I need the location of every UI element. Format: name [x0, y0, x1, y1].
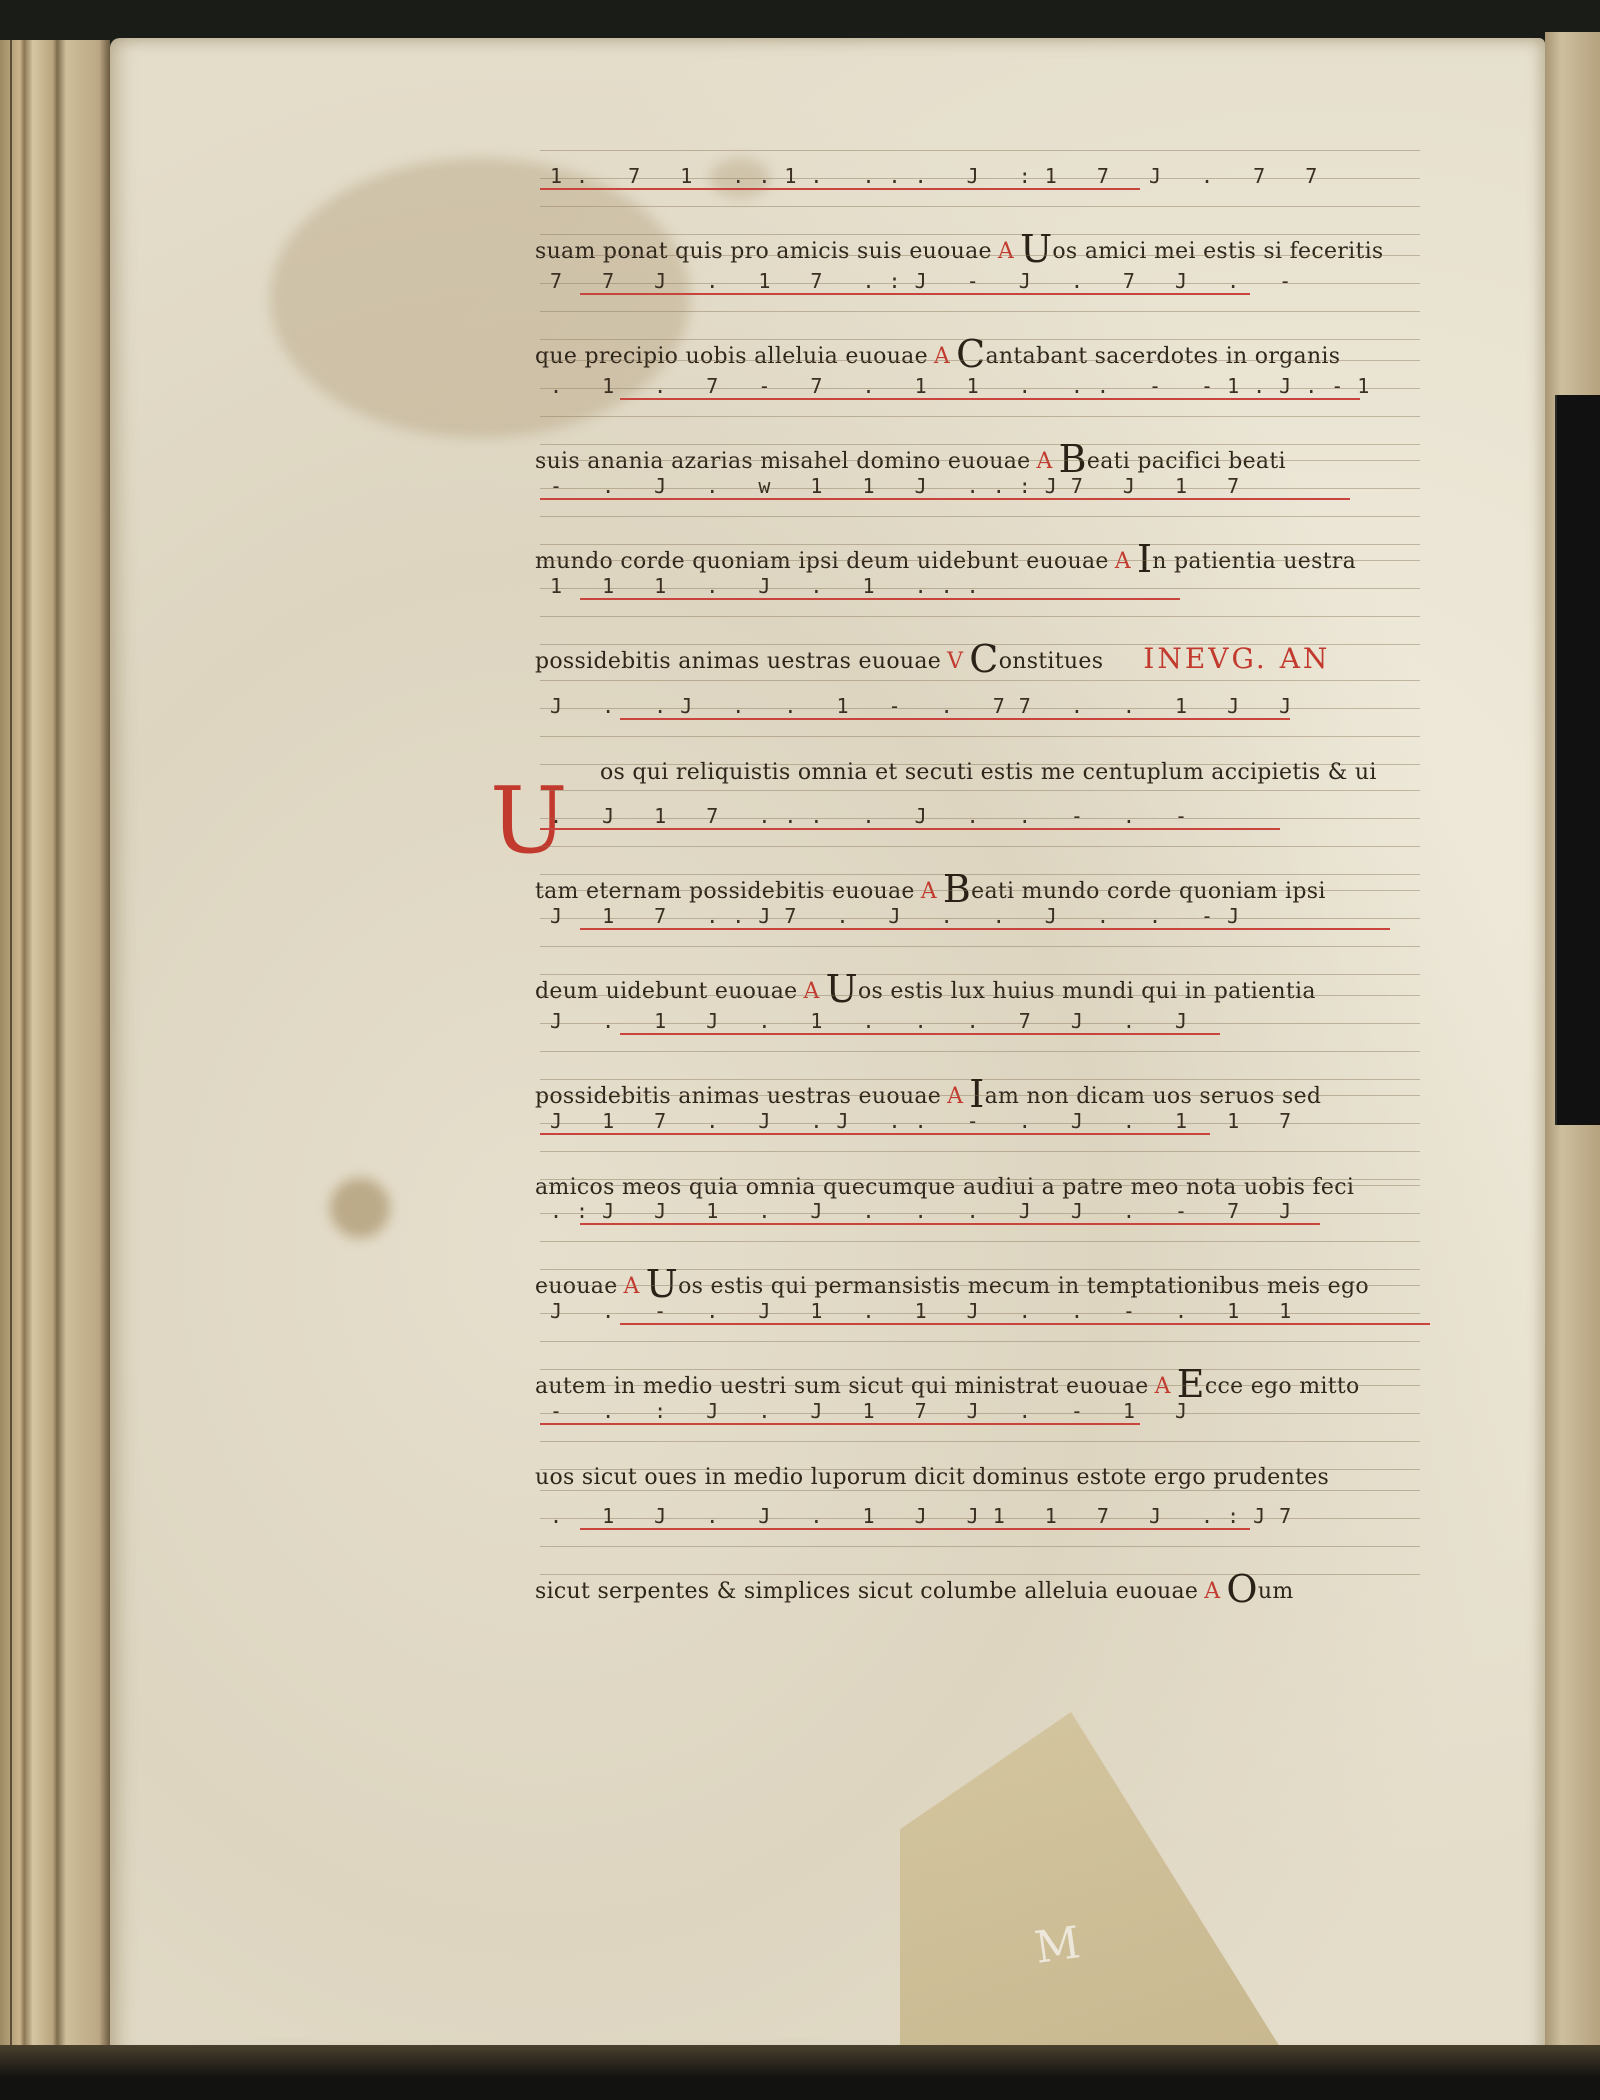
- ruling-line: [540, 995, 1420, 996]
- rubric-mark: V: [947, 649, 963, 674]
- ruling-line: [540, 1490, 1420, 1491]
- scan-background: [0, 0, 1600, 40]
- neumes: - . : J . J 1 7 J . - 1 J: [550, 1399, 1410, 1459]
- ruling-line: [540, 460, 1420, 461]
- neumes: 1. 7 1 ..1. ... J :1 7 J . 7 7: [550, 164, 1410, 224]
- lyric-text: uos sicut oues in medio luporum dicit do…: [535, 1465, 1329, 1490]
- patch-mark: M: [1032, 1917, 1084, 1974]
- binding-edge: [10, 40, 12, 2060]
- ruling-line: [540, 150, 1420, 151]
- stain: [330, 1178, 390, 1238]
- lyric-text: onstitues: [999, 649, 1104, 674]
- neumes: 7 7 J . 1 7 .:J - J . 7 J . -: [550, 269, 1410, 329]
- ruling-line: [540, 1185, 1420, 1186]
- neumes: 1 1 1 . J . 1 ...: [550, 574, 1410, 634]
- chant-text-line: os qui reliquistis omnia et secuti estis…: [600, 760, 1500, 785]
- neumes: J 1 7 . J .J .. - . J . 1 1 7: [550, 1109, 1410, 1169]
- neumes: J . 1 J . 1 . . . 7 J . J: [550, 1009, 1410, 1069]
- rubric-mark: A: [1204, 1579, 1220, 1604]
- ruling-line: [540, 360, 1420, 361]
- lyric-text: possidebitis animas uestras euouae: [535, 649, 941, 674]
- chant-initial: O: [1226, 1567, 1257, 1611]
- neumes: . 1 . 7 - 7 . 1 1 . .. - -1.J.-1: [550, 374, 1410, 434]
- black-tab: [1555, 395, 1600, 1125]
- lyric-text: os qui reliquistis omnia et secuti estis…: [600, 760, 1377, 785]
- ruling-line: [540, 1095, 1420, 1096]
- ruling-line: [540, 680, 1420, 681]
- neumes: . 1 J . J . 1 J J1 1 7 J .:J7: [550, 1504, 1410, 1564]
- lyric-text: um: [1258, 1579, 1294, 1604]
- ruling-line: [540, 890, 1420, 891]
- lyric-text: sicut serpentes & simplices sicut columb…: [535, 1579, 1198, 1604]
- ruling-line: [540, 790, 1420, 791]
- chant-initial: C: [969, 637, 998, 681]
- neumes: - . J . w 1 1 J ..:J7 J 1 7: [550, 474, 1410, 534]
- neumes: . J 1 7 ... . J . . - . -: [550, 804, 1410, 864]
- neumes: J . .J . . 1 - . 77 . . 1 J J: [550, 694, 1410, 754]
- chant-text-line: possidebitis animas uestras euouaeVConst…: [535, 640, 1435, 678]
- chant-text-line: sicut serpentes & simplices sicut columb…: [535, 1570, 1435, 1608]
- neumes: .:J J 1 . J . . . J J . - 7 J: [550, 1199, 1410, 1259]
- scan-bottom-edge: [0, 2045, 1600, 2100]
- neumes: J . - . J 1 . 1 J . . - . 1 1: [550, 1299, 1410, 1359]
- page-stack-edge: [0, 40, 110, 2100]
- ruling-line: [540, 1385, 1420, 1386]
- chant-text-line: uos sicut oues in medio luporum dicit do…: [535, 1465, 1435, 1490]
- ruling-line: [540, 255, 1420, 256]
- neumes: J 1 7 ..J7 . J . . J . . -J: [550, 904, 1410, 964]
- rubric-heading: INEVG. AN: [1143, 642, 1330, 675]
- ruling-line: [540, 560, 1420, 561]
- ruling-line: [540, 1285, 1420, 1286]
